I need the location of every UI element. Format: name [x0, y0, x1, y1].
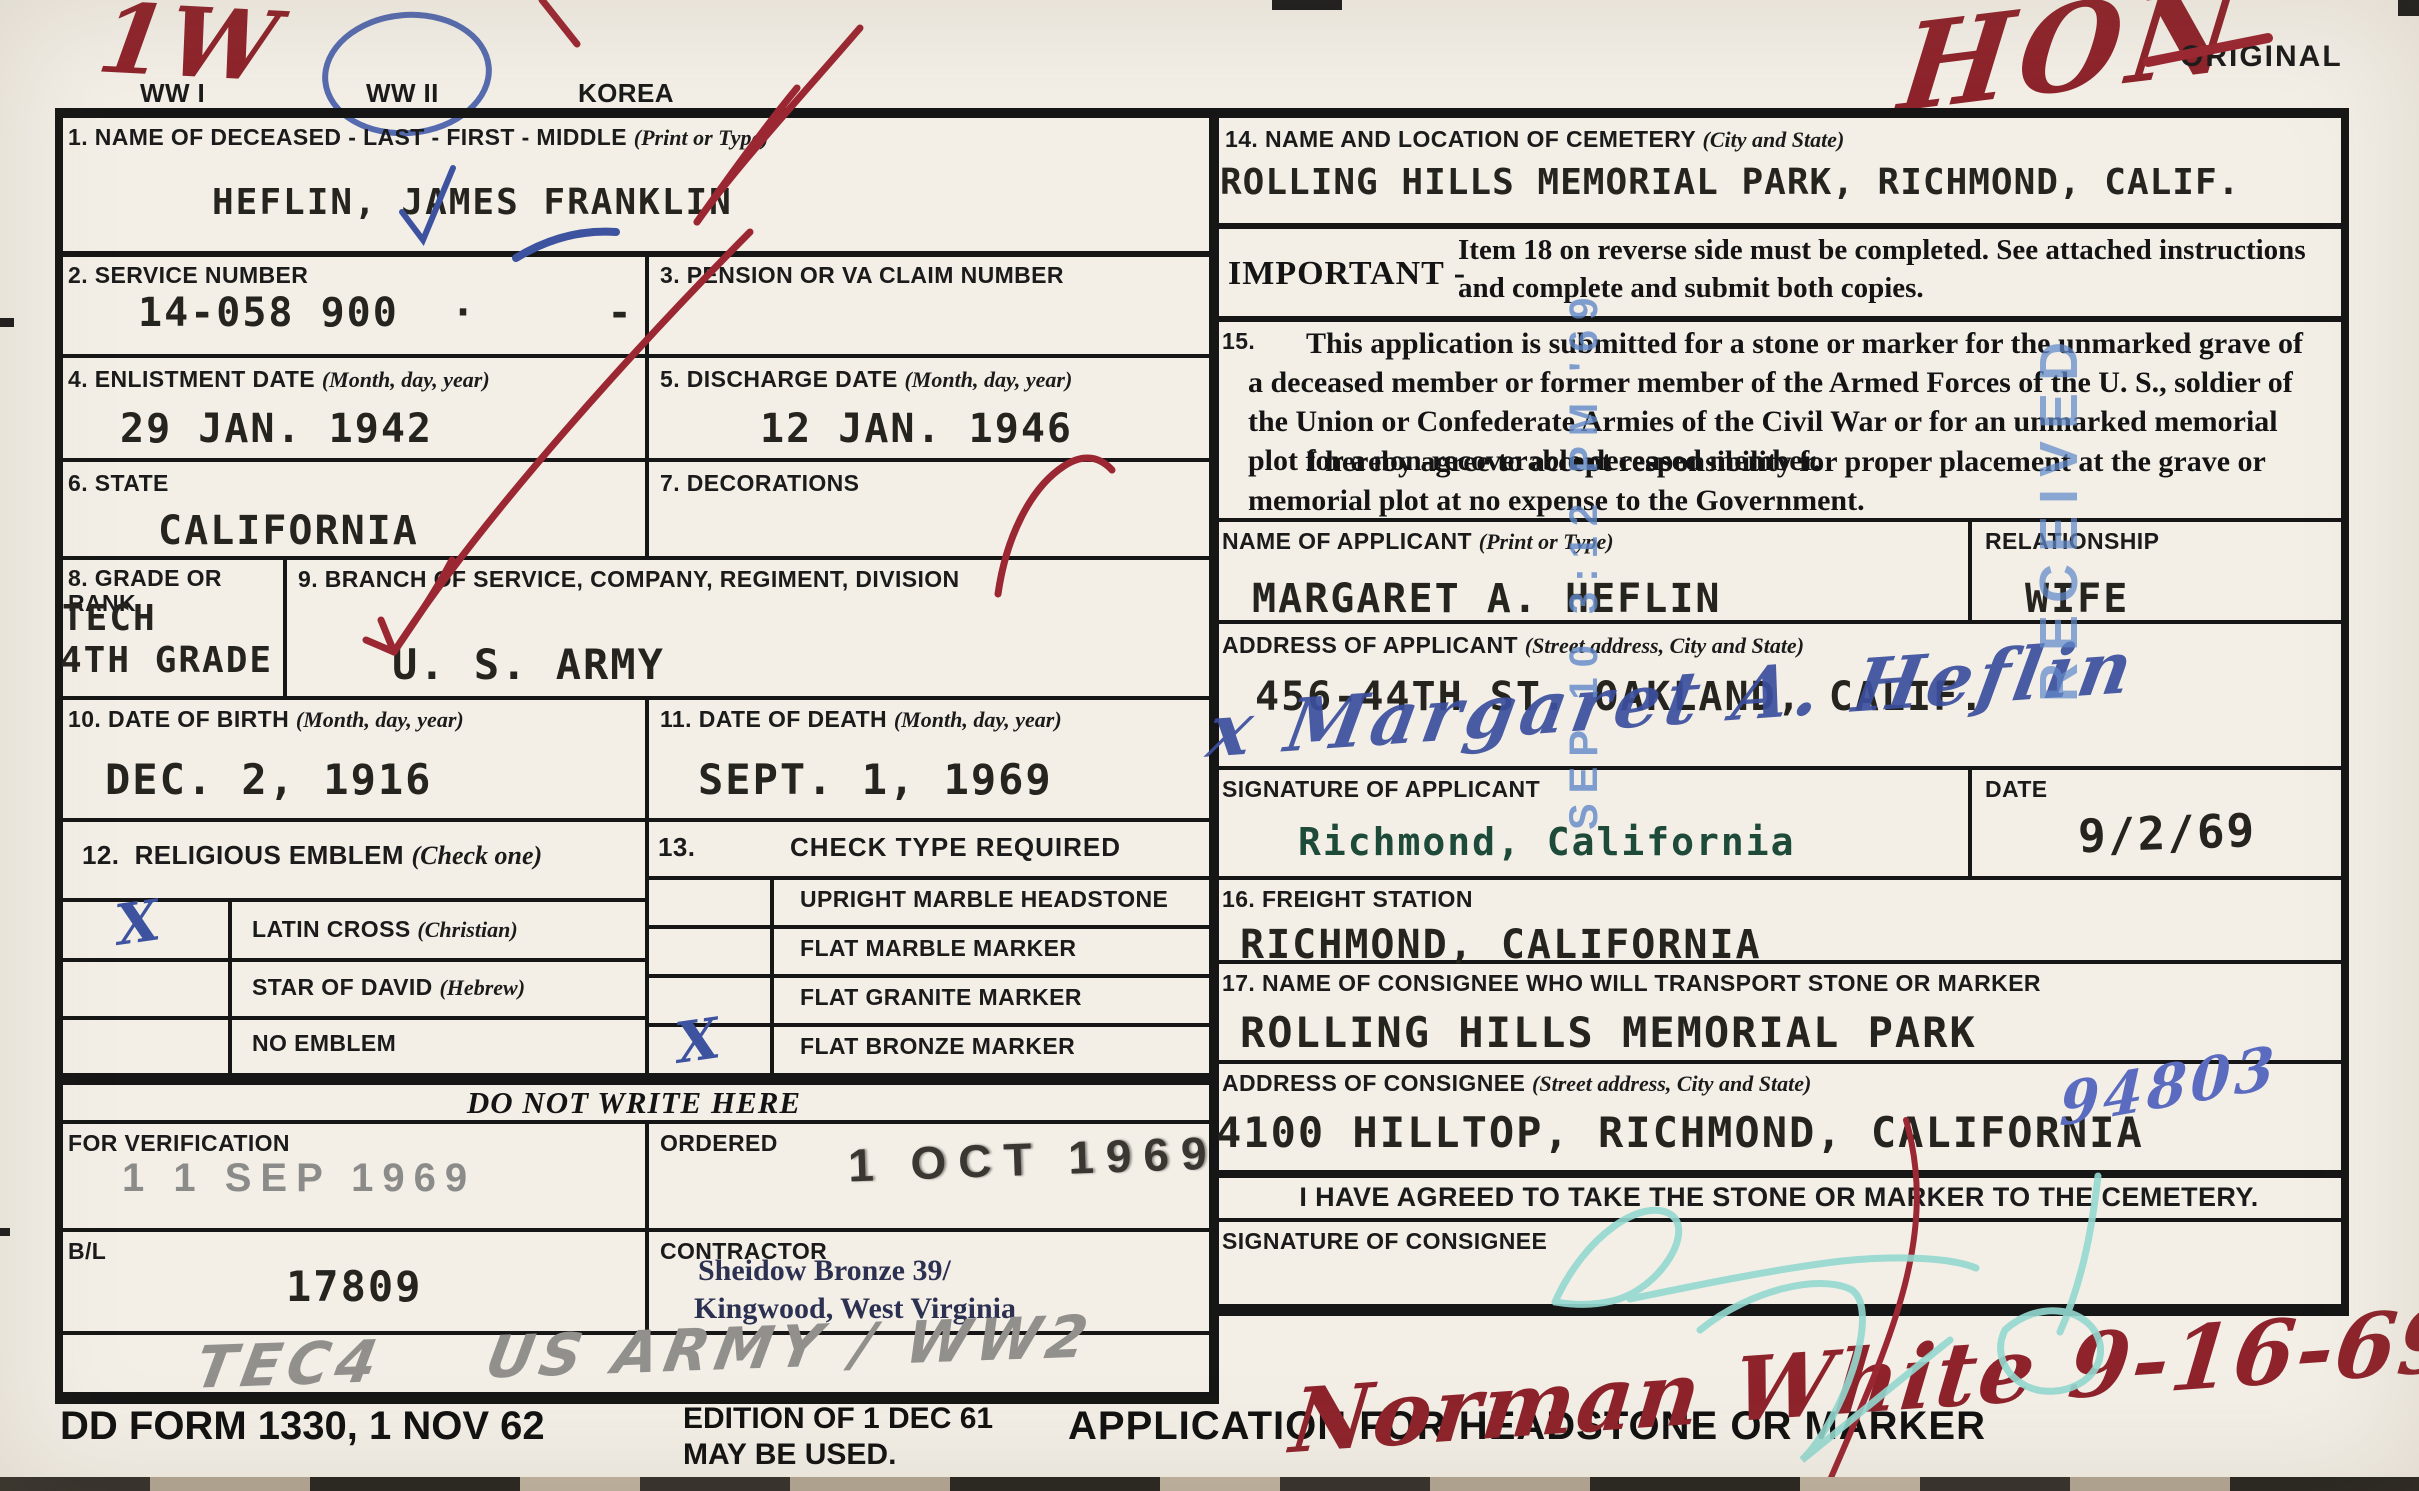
line	[1213, 1170, 2345, 1178]
type-option-flat-bronze: FLAT BRONZE MARKER	[800, 1033, 1075, 1060]
box17-label: 17. NAME OF CONSIGNEE WHO WILL TRANSPORT…	[1222, 970, 2041, 997]
line	[1213, 316, 2345, 322]
box1-label: 1. NAME OF DECEASED - LAST - FIRST - MID…	[68, 124, 769, 151]
box7-label: 7. DECORATIONS	[660, 470, 859, 497]
line	[1213, 223, 2345, 229]
consignee-address-label: ADDRESS OF CONSIGNEE (Street address, Ci…	[1222, 1070, 1811, 1097]
cemetery-value: ROLLING HILLS MEMORIAL PARK, RICHMOND, C…	[1220, 162, 2240, 203]
ordered-date-stamp: 1 OCT 1969	[847, 1126, 1219, 1193]
box4-label: 4. ENLISTMENT DATE (Month, day, year)	[68, 366, 490, 393]
divider	[645, 251, 649, 558]
scan-edge-artifact	[0, 318, 14, 327]
state-value: CALIFORNIA	[158, 508, 419, 554]
box6-label: 6. STATE	[68, 470, 169, 497]
emblem-option-star-of-david: STAR OF DAVID (Hebrew)	[252, 974, 525, 1001]
line	[645, 876, 1213, 880]
emblem-option-latin-cross: LATIN CROSS (Christian)	[252, 916, 518, 943]
box14-label: 14. NAME AND LOCATION OF CEMETERY (City …	[1225, 126, 1844, 153]
line	[645, 974, 1213, 978]
flat-bronze-check-mark: X	[672, 1005, 724, 1076]
death-date-value: SEPT. 1, 1969	[698, 755, 1053, 804]
line	[1213, 1218, 2345, 1222]
scan-edge-artifact	[0, 1228, 10, 1236]
emblem-option-no-emblem: NO EMBLEM	[252, 1030, 396, 1057]
scanned-form-dd1330: WW I WW II KOREA 1W HON ORIGINAL 1. NAME…	[0, 0, 2419, 1491]
application-date-value: 9/2/69	[2077, 803, 2257, 863]
deceased-name-value: HEFLIN, JAMES FRANKLIN	[212, 182, 733, 223]
applicant-city-typed: Richmond, California	[1298, 820, 1796, 864]
grade-value-line2: 4TH GRADE	[60, 640, 273, 681]
service-number-value: 14-058 900 · -	[138, 290, 634, 336]
zip-handwriting: 94803	[2058, 1032, 2279, 1140]
date-label: DATE	[1985, 776, 2048, 803]
line	[645, 1023, 1213, 1027]
scan-bottom-edge	[0, 1477, 2419, 1491]
box13-number: 13.	[658, 832, 695, 863]
red-army-check	[998, 458, 1112, 594]
type-option-flat-granite: FLAT GRANITE MARKER	[800, 984, 1082, 1011]
grade-value-line1: TECH	[62, 598, 157, 639]
applicant-name-label: NAME OF APPLICANT (Print or Type)	[1222, 528, 1614, 555]
bl-number-value: 17809	[286, 1262, 422, 1311]
divider	[1968, 766, 1972, 880]
applicant-signature-label: SIGNATURE OF APPLICANT	[1222, 776, 1540, 803]
box2-label: 2. SERVICE NUMBER	[68, 262, 308, 289]
box3-label: 3. PENSION OR VA CLAIM NUMBER	[660, 262, 1064, 289]
type-option-upright-marble: UPRIGHT MARBLE HEADSTONE	[800, 886, 1168, 913]
contractor-stamp-line1: Sheidow Bronze 39/	[698, 1254, 951, 1288]
line	[645, 925, 1213, 929]
original-label: ORIGINAL	[2180, 40, 2343, 74]
birth-date-value: DEC. 2, 1916	[105, 755, 432, 804]
border-right	[2341, 108, 2349, 1316]
border-top	[55, 108, 2349, 118]
divider	[645, 1120, 649, 1335]
ww2-circle-annotation	[317, 5, 497, 143]
latin-cross-check-mark: X	[112, 887, 164, 958]
consignee-name-value: ROLLING HILLS MEMORIAL PARK	[1240, 1008, 1977, 1057]
scan-edge-artifact	[2398, 0, 2419, 16]
divider	[1968, 518, 1972, 624]
divider	[283, 556, 287, 700]
type-option-flat-marble: FLAT MARBLE MARKER	[800, 935, 1076, 962]
line	[55, 251, 1213, 257]
bl-label: B/L	[68, 1238, 106, 1265]
line	[1213, 876, 2345, 880]
edition-line1: EDITION OF 1 DEC 61	[683, 1402, 993, 1436]
box11-label: 11. DATE OF DEATH (Month, day, year)	[660, 706, 1062, 733]
box9-label: 9. BRANCH OF SERVICE, COMPANY, REGIMENT,…	[298, 566, 960, 593]
pencil-note: TEC4 US ARMY / WW2	[190, 1302, 1099, 1402]
enlistment-date-value: 29 JAN. 1942	[120, 406, 433, 452]
box13-label: CHECK TYPE REQUIRED	[790, 832, 1121, 863]
do-not-write-here-label: DO NOT WRITE HERE	[55, 1083, 1213, 1123]
agreement-statement: I HAVE AGREED TO TAKE THE STONE OR MARKE…	[1213, 1182, 2345, 1213]
consignee-address-value: 4100 HILLTOP, RICHMOND, CALIFORNIA	[1216, 1108, 2144, 1157]
divider	[770, 876, 774, 1077]
received-time-stamp: SEP 10 3:12 PM '69	[1562, 330, 1607, 830]
box12-label: 12. RELIGIOUS EMBLEM (Check one)	[82, 840, 542, 871]
verification-label: FOR VERIFICATION	[68, 1130, 290, 1157]
war-label-korea: KOREA	[578, 78, 674, 109]
discharge-date-value: 12 JAN. 1946	[760, 406, 1073, 452]
box16-label: 16. FREIGHT STATION	[1222, 886, 1473, 913]
form-id-label: DD FORM 1330, 1 NOV 62	[60, 1404, 545, 1449]
line	[55, 458, 1213, 462]
line	[55, 818, 1213, 822]
branch-value: U. S. ARMY	[392, 640, 665, 689]
consignee-signature-label: SIGNATURE OF CONSIGNEE	[1222, 1228, 1547, 1255]
box15-paragraph2: I hereby agree to accept responsibility …	[1248, 442, 2320, 520]
edition-line2: MAY BE USED.	[683, 1438, 896, 1472]
red-stroke-top-fragment	[542, 0, 577, 44]
scan-edge-artifact	[1272, 0, 1342, 10]
freight-station-value: RICHMOND, CALIFORNIA	[1240, 922, 1762, 968]
received-word-stamp: RECEIVED	[2028, 372, 2090, 702]
red-arrowhead	[366, 620, 394, 652]
box5-label: 5. DISCHARGE DATE (Month, day, year)	[660, 366, 1072, 393]
divider	[228, 898, 232, 1077]
red-1w-annotation: 1W	[91, 0, 287, 103]
line	[1213, 766, 2345, 770]
line	[55, 556, 1213, 560]
line	[55, 1228, 1213, 1232]
important-label: IMPORTANT -	[1228, 252, 1466, 296]
verification-date-stamp: 1 1 SEP 1969	[122, 1156, 476, 1201]
line	[55, 1016, 649, 1020]
line	[55, 354, 1213, 358]
line	[55, 958, 649, 962]
border-left	[55, 108, 63, 1404]
applicant-name-value: MARGARET A. HEFLIN	[1252, 576, 1721, 622]
box10-label: 10. DATE OF BIRTH (Month, day, year)	[68, 706, 464, 733]
ordered-label: ORDERED	[660, 1130, 778, 1157]
line	[55, 696, 1213, 700]
divider	[645, 696, 649, 1077]
